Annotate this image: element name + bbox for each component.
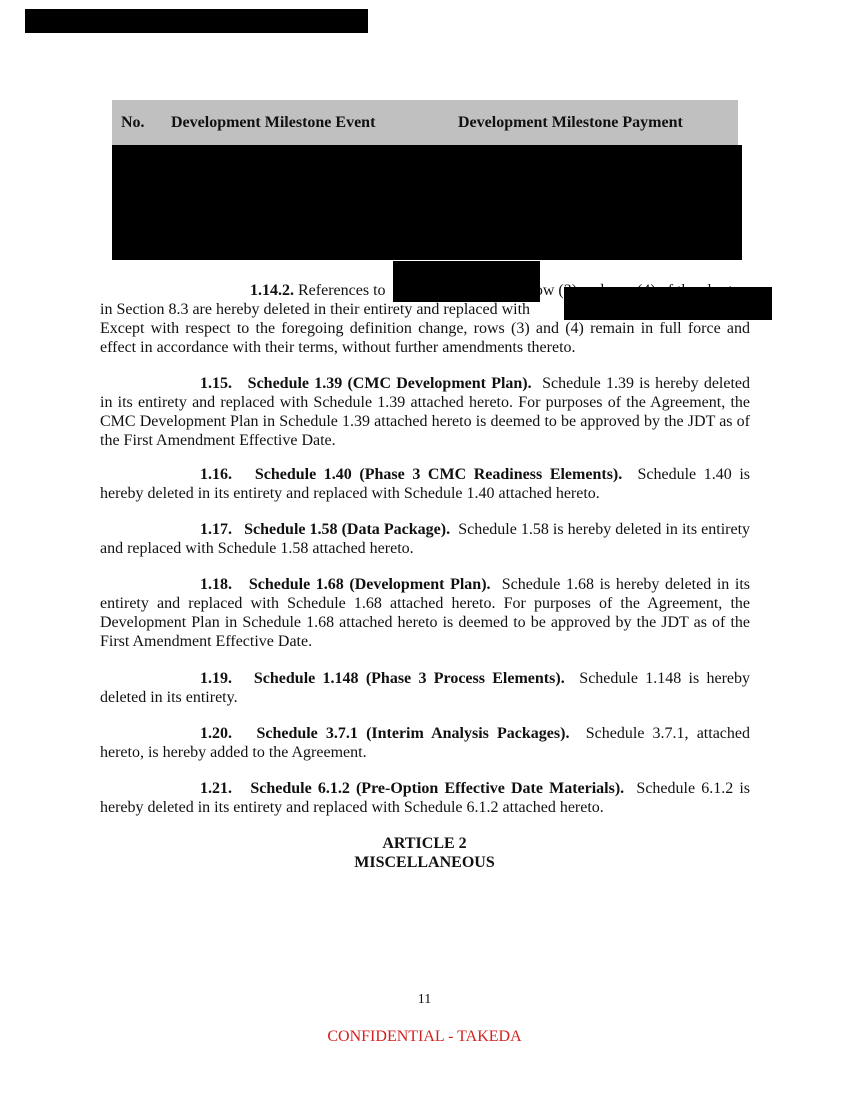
section-title: Schedule 3.7.1 (Interim Analysis Package… xyxy=(256,725,569,742)
redaction-block xyxy=(393,261,540,302)
section-title: Schedule 1.40 (Phase 3 CMC Readiness Ele… xyxy=(255,466,622,483)
section-number: 1.18. xyxy=(200,576,232,593)
section-1-17: 1.17. Schedule 1.58 (Data Package). Sche… xyxy=(100,520,750,558)
section-number: 1.19. xyxy=(200,670,232,687)
article-heading: ARTICLE 2 xyxy=(0,834,849,854)
section-1-21: 1.21. Schedule 6.1.2 (Pre-Option Effecti… xyxy=(100,779,750,817)
redaction-block-table xyxy=(112,145,742,260)
section-number: 1.14.2. xyxy=(250,282,294,299)
article-title: MISCELLANEOUS xyxy=(0,853,849,873)
section-title: Schedule 1.39 (CMC Development Plan). xyxy=(248,375,532,392)
section-title: Schedule 1.58 (Data Package). xyxy=(244,521,450,538)
section-title: Schedule 6.1.2 (Pre-Option Effective Dat… xyxy=(250,780,624,797)
section-title: Schedule 1.148 (Phase 3 Process Elements… xyxy=(254,670,565,687)
section-1-16: 1.16. Schedule 1.40 (Phase 3 CMC Readine… xyxy=(100,465,750,503)
section-title: Schedule 1.68 (Development Plan). xyxy=(249,576,491,593)
section-1-18: 1.18. Schedule 1.68 (Development Plan). … xyxy=(100,575,750,651)
column-header-event: Development Milestone Event xyxy=(171,114,375,132)
section-number: 1.17. xyxy=(200,521,232,538)
section-number: 1.21. xyxy=(200,780,232,797)
redaction-block xyxy=(564,287,772,320)
milestone-table-header: No. Development Milestone Event Developm… xyxy=(112,100,738,145)
redaction-block-header xyxy=(25,9,368,33)
section-number: 1.15. xyxy=(200,375,232,392)
section-1-15: 1.15. Schedule 1.39 (CMC Development Pla… xyxy=(100,374,750,450)
section-1-19: 1.19. Schedule 1.148 (Phase 3 Process El… xyxy=(100,669,750,707)
column-header-no: No. xyxy=(121,114,145,132)
column-header-payment: Development Milestone Payment xyxy=(458,114,683,132)
section-number: 1.20. xyxy=(200,725,232,742)
section-text: References to xyxy=(298,282,386,299)
section-number: 1.16. xyxy=(200,466,232,483)
section-1-20: 1.20. Schedule 3.7.1 (Interim Analysis P… xyxy=(100,724,750,762)
page-number: 11 xyxy=(0,992,849,1008)
section-text: Except with respect to the foregoing def… xyxy=(100,319,750,357)
confidential-footer: CONFIDENTIAL - TAKEDA xyxy=(0,1028,849,1046)
